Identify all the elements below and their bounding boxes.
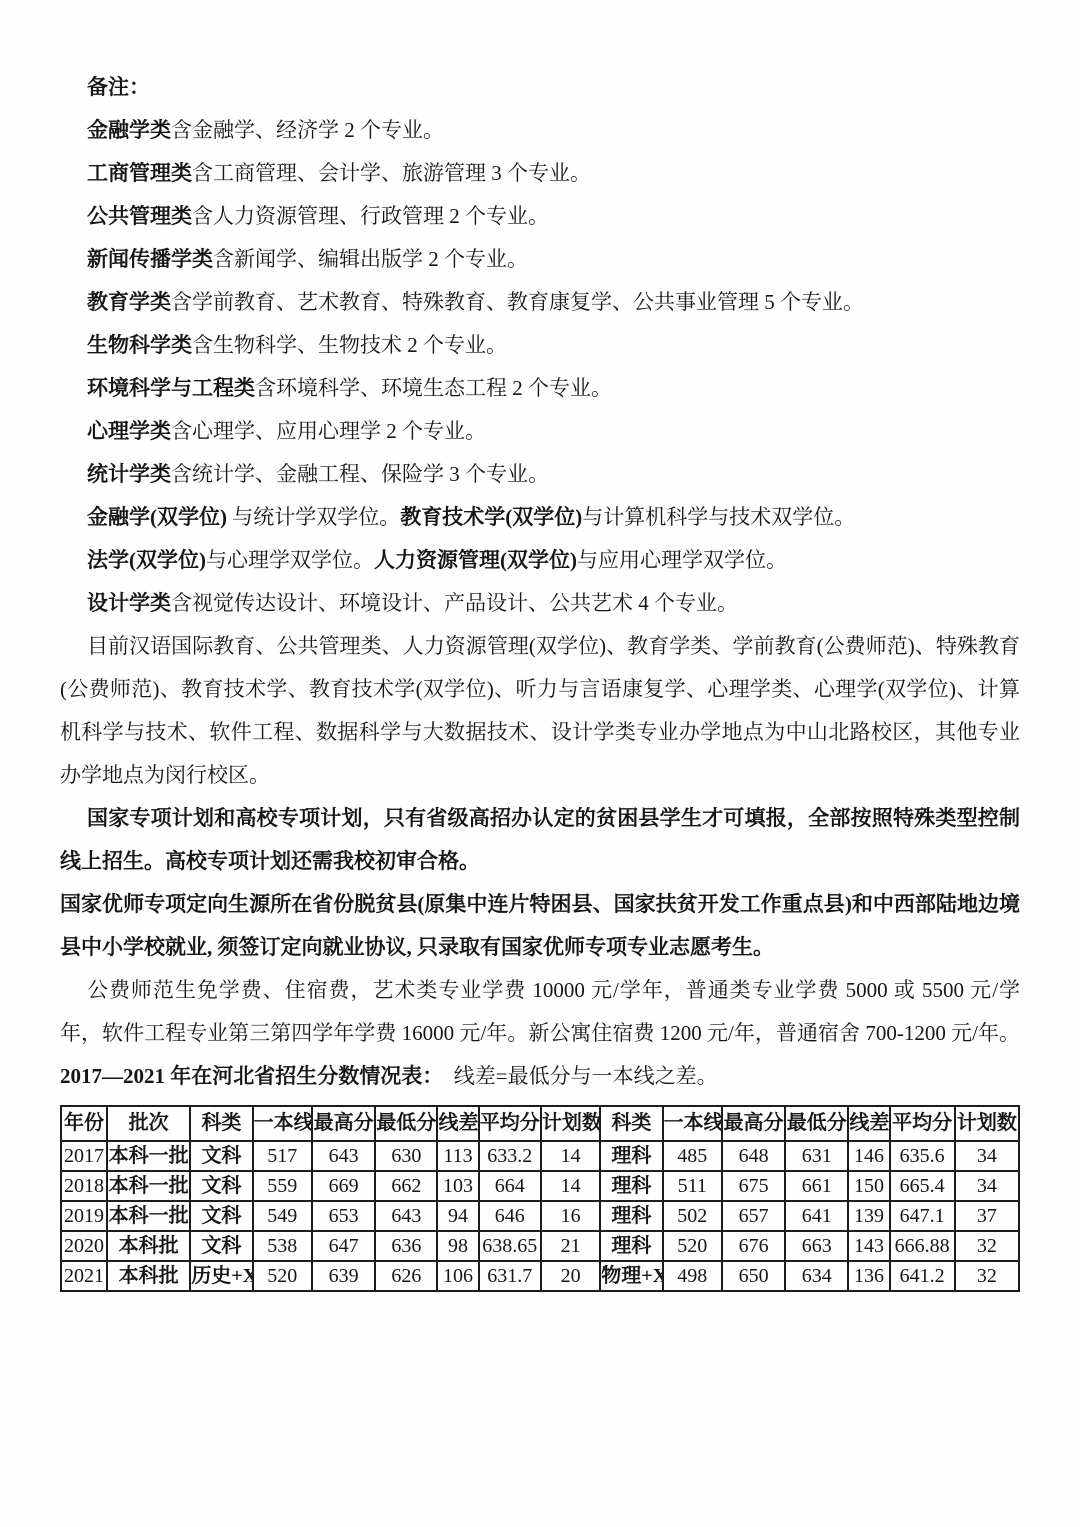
table-cell: 636 [375, 1231, 437, 1261]
table-cell: 641 [785, 1201, 848, 1231]
note-line-law-dual: 法学(双学位)与心理学双学位。人力资源管理(双学位)与应用心理学双学位。 [60, 539, 1020, 582]
note-term: 心理学类 [87, 419, 171, 443]
table-cell: 34 [955, 1141, 1019, 1171]
table-cell: 本科批 [107, 1231, 190, 1261]
note-desc: 含新闻学、编辑出版学 2 个专业。 [213, 247, 528, 271]
table-header-cell: 最低分 [375, 1106, 437, 1141]
table-cell: 32 [955, 1261, 1019, 1291]
table-cell: 历史+X [190, 1261, 252, 1291]
table-header-cell: 线差 [437, 1106, 478, 1141]
note-line-business: 工商管理类含工商管理、会计学、旅游管理 3 个专业。 [60, 152, 1020, 195]
table-row: 2021本科批历史+X520639626106631.720物理+X498650… [61, 1261, 1019, 1291]
table-cell: 14 [541, 1171, 600, 1201]
note-desc: 与心理学双学位。 [206, 548, 374, 572]
note-desc: 含心理学、应用心理学 2 个专业。 [171, 419, 486, 443]
note-term: 环境科学与工程类 [87, 376, 255, 400]
table-cell: 143 [848, 1231, 889, 1261]
table-cell: 理科 [600, 1231, 662, 1261]
table-cell: 103 [437, 1171, 478, 1201]
note-term: 工商管理类 [87, 161, 192, 185]
table-header-cell: 计划数 [955, 1106, 1019, 1141]
note-desc: 与应用心理学双学位。 [577, 548, 787, 572]
table-cell: 676 [722, 1231, 785, 1261]
note-desc: 含环境科学、环境生态工程 2 个专业。 [255, 376, 612, 400]
table-cell: 643 [312, 1141, 375, 1171]
table-cell: 663 [785, 1231, 848, 1261]
table-cell: 34 [955, 1171, 1019, 1201]
table-cell: 106 [437, 1261, 478, 1291]
table-cell: 485 [663, 1141, 722, 1171]
table-header-cell: 科类 [600, 1106, 662, 1141]
table-cell: 646 [479, 1201, 541, 1231]
table-cell: 16 [541, 1201, 600, 1231]
table-cell: 647.1 [890, 1201, 955, 1231]
table-cell: 559 [253, 1171, 312, 1201]
table-cell: 538 [253, 1231, 312, 1261]
table-cell: 639 [312, 1261, 375, 1291]
table-cell: 626 [375, 1261, 437, 1291]
note-desc: 与统计学双学位。 [227, 505, 400, 529]
table-cell: 631.7 [479, 1261, 541, 1291]
table-row: 2020本科批文科53864763698638.6521理科5206766631… [61, 1231, 1019, 1261]
table-cell: 633.2 [479, 1141, 541, 1171]
table-header-cell: 科类 [190, 1106, 252, 1141]
table-row: 2019本科一批文科5496536439464616理科502657641139… [61, 1201, 1019, 1231]
table-cell: 638.65 [479, 1231, 541, 1261]
table-cell: 21 [541, 1231, 600, 1261]
table-cell: 549 [253, 1201, 312, 1231]
table-cell: 661 [785, 1171, 848, 1201]
table-cell: 662 [375, 1171, 437, 1201]
note-line-design: 设计学类含视觉传达设计、环境设计、产品设计、公共艺术 4 个专业。 [60, 582, 1020, 625]
note-desc: 含人力资源管理、行政管理 2 个专业。 [192, 204, 549, 228]
table-cell: 本科一批 [107, 1201, 190, 1231]
table-cell: 511 [663, 1171, 722, 1201]
table-header-cell: 最高分 [312, 1106, 375, 1141]
table-cell: 634 [785, 1261, 848, 1291]
table-cell: 502 [663, 1201, 722, 1231]
note-line-journalism: 新闻传播学类含新闻学、编辑出版学 2 个专业。 [60, 238, 1020, 281]
table-header-cell: 批次 [107, 1106, 190, 1141]
note-line-education: 教育学类含学前教育、艺术教育、特殊教育、教育康复学、公共事业管理 5 个专业。 [60, 281, 1020, 324]
table-cell: 2020 [61, 1231, 107, 1261]
note-desc: 含统计学、金融工程、保险学 3 个专业。 [171, 462, 549, 486]
note-term: 新闻传播学类 [87, 247, 213, 271]
table-cell: 643 [375, 1201, 437, 1231]
table-cell: 146 [848, 1141, 889, 1171]
note-desc: 含工商管理、会计学、旅游管理 3 个专业。 [192, 161, 591, 185]
table-cell: 本科一批 [107, 1141, 190, 1171]
notes-heading: 备注： [60, 66, 1020, 109]
note-desc: 含学前教育、艺术教育、特殊教育、教育康复学、公共事业管理 5 个专业。 [171, 290, 864, 314]
table-cell: 648 [722, 1141, 785, 1171]
table-cell: 2021 [61, 1261, 107, 1291]
table-header-cell: 计划数 [541, 1106, 600, 1141]
note-term: 人力资源管理(双学位) [374, 548, 577, 572]
table-cell: 136 [848, 1261, 889, 1291]
score-diff-note: 线差=最低分与一本线之差。 [433, 1064, 718, 1088]
table-cell: 113 [437, 1141, 478, 1171]
table-cell: 文科 [190, 1201, 252, 1231]
table-cell: 本科一批 [107, 1171, 190, 1201]
table-cell: 文科 [190, 1171, 252, 1201]
table-header-row: 年份批次科类一本线最高分最低分线差平均分计划数科类一本线最高分最低分线差平均分计… [61, 1106, 1019, 1141]
notes-heading-text: 备注： [87, 75, 150, 99]
table-header-cell: 一本线 [253, 1106, 312, 1141]
table-cell: 理科 [600, 1201, 662, 1231]
table-cell: 517 [253, 1141, 312, 1171]
table-cell: 641.2 [890, 1261, 955, 1291]
table-cell: 37 [955, 1201, 1019, 1231]
table-cell: 94 [437, 1201, 478, 1231]
table-cell: 666.88 [890, 1231, 955, 1261]
note-term: 金融学类 [87, 118, 171, 142]
table-cell: 650 [722, 1261, 785, 1291]
note-term: 生物科学类 [87, 333, 192, 357]
table-cell: 文科 [190, 1231, 252, 1261]
document-page: 备注： 金融学类含金融学、经济学 2 个专业。 工商管理类含工商管理、会计学、旅… [0, 0, 1080, 1292]
table-cell: 630 [375, 1141, 437, 1171]
campus-location-paragraph: 目前汉语国际教育、公共管理类、人力资源管理(双学位)、教育学类、学前教育(公费师… [60, 625, 1020, 797]
table-cell: 653 [312, 1201, 375, 1231]
special-plan-paragraph: 国家专项计划和高校专项计划，只有省级高招办认定的贫困县学生才可填报，全部按照特殊… [60, 797, 1020, 883]
score-table-title: 2017—2021 年在河北省招生分数情况表： [60, 1064, 433, 1088]
table-cell: 631 [785, 1141, 848, 1171]
table-cell: 150 [848, 1171, 889, 1201]
table-cell: 20 [541, 1261, 600, 1291]
table-cell: 647 [312, 1231, 375, 1261]
table-cell: 14 [541, 1141, 600, 1171]
note-line-environment: 环境科学与工程类含环境科学、环境生态工程 2 个专业。 [60, 367, 1020, 410]
table-cell: 675 [722, 1171, 785, 1201]
table-header-cell: 线差 [848, 1106, 889, 1141]
table-cell: 2018 [61, 1171, 107, 1201]
table-cell: 139 [848, 1201, 889, 1231]
admission-score-table: 年份批次科类一本线最高分最低分线差平均分计划数科类一本线最高分最低分线差平均分计… [60, 1105, 1020, 1292]
table-cell: 物理+X [600, 1261, 662, 1291]
table-header-cell: 年份 [61, 1106, 107, 1141]
table-row: 2017本科一批文科517643630113633.214理科485648631… [61, 1141, 1019, 1171]
fees-paragraph: 公费师范生免学费、住宿费，艺术类专业学费 10000 元/学年，普通类专业学费 … [60, 969, 1020, 1098]
table-cell: 本科批 [107, 1261, 190, 1291]
table-header-cell: 最高分 [722, 1106, 785, 1141]
table-cell: 2017 [61, 1141, 107, 1171]
note-line-finance-dual: 金融学(双学位) 与统计学双学位。教育技术学(双学位)与计算机科学与技术双学位。 [60, 496, 1020, 539]
youshi-plan-paragraph: 国家优师专项定向生源所在省份脱贫县(原集中连片特困县、国家扶贫开发工作重点县)和… [60, 883, 1020, 969]
note-term: 教育学类 [87, 290, 171, 314]
table-cell: 520 [253, 1261, 312, 1291]
fees-text: 公费师范生免学费、住宿费，艺术类专业学费 10000 元/学年，普通类专业学费 … [60, 978, 1020, 1045]
note-term: 法学(双学位) [87, 548, 206, 572]
table-cell: 32 [955, 1231, 1019, 1261]
note-term: 设计学类 [87, 591, 171, 615]
table-cell: 2019 [61, 1201, 107, 1231]
table-cell: 理科 [600, 1171, 662, 1201]
table-header-cell: 最低分 [785, 1106, 848, 1141]
note-line-finance: 金融学类含金融学、经济学 2 个专业。 [60, 109, 1020, 152]
note-desc: 含生物科学、生物技术 2 个专业。 [192, 333, 507, 357]
note-term: 统计学类 [87, 462, 171, 486]
table-row: 2018本科一批文科55966966210366414理科51167566115… [61, 1171, 1019, 1201]
note-term: 教育技术学(双学位) [400, 505, 582, 529]
table-cell: 文科 [190, 1141, 252, 1171]
note-term: 公共管理类 [87, 204, 192, 228]
note-desc: 含金融学、经济学 2 个专业。 [171, 118, 444, 142]
table-cell: 657 [722, 1201, 785, 1231]
note-line-public-admin: 公共管理类含人力资源管理、行政管理 2 个专业。 [60, 195, 1020, 238]
note-term: 金融学(双学位) [87, 505, 227, 529]
note-line-statistics: 统计学类含统计学、金融工程、保险学 3 个专业。 [60, 453, 1020, 496]
table-cell: 669 [312, 1171, 375, 1201]
note-line-biology: 生物科学类含生物科学、生物技术 2 个专业。 [60, 324, 1020, 367]
note-desc: 含视觉传达设计、环境设计、产品设计、公共艺术 4 个专业。 [171, 591, 738, 615]
table-header-cell: 平均分 [890, 1106, 955, 1141]
table-cell: 98 [437, 1231, 478, 1261]
table-cell: 520 [663, 1231, 722, 1261]
note-desc: 与计算机科学与技术双学位。 [582, 505, 855, 529]
table-cell: 665.4 [890, 1171, 955, 1201]
table-cell: 理科 [600, 1141, 662, 1171]
table-cell: 498 [663, 1261, 722, 1291]
table-cell: 664 [479, 1171, 541, 1201]
table-header-cell: 平均分 [479, 1106, 541, 1141]
table-header-cell: 一本线 [663, 1106, 722, 1141]
note-line-psychology: 心理学类含心理学、应用心理学 2 个专业。 [60, 410, 1020, 453]
table-cell: 635.6 [890, 1141, 955, 1171]
